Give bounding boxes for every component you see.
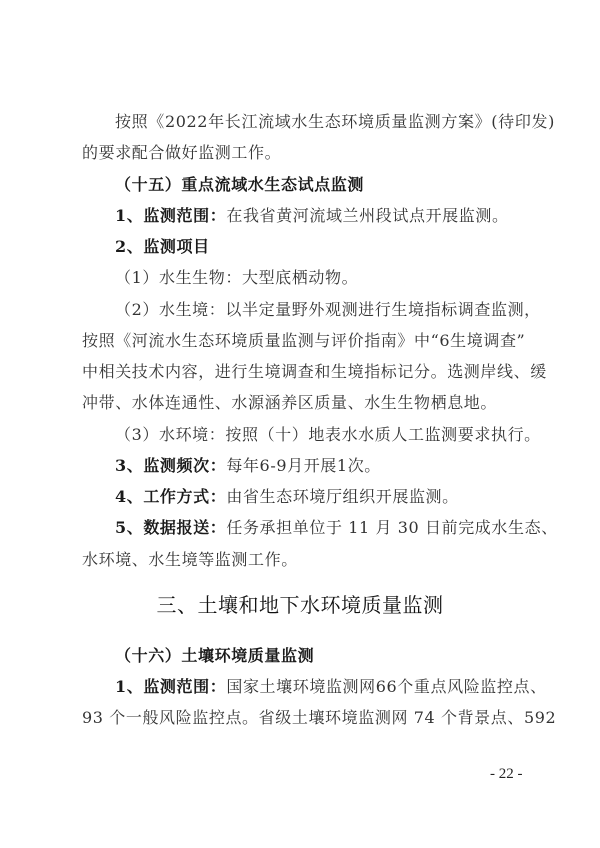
item-label: 4、工作方式： xyxy=(115,487,226,506)
item-text: 每年6-9月开展1次。 xyxy=(226,456,381,475)
item-label: 1、监测范围： xyxy=(115,206,226,225)
list-item-frequency: 3、监测频次：每年6-9月开展1次。 xyxy=(115,451,555,481)
list-item-reporting: 5、数据报送：任务承担单位于 11 月 30 日前完成水生态、 xyxy=(115,513,555,543)
sub-item-1: （1）水生生物：大型底栖动物。 xyxy=(115,263,555,293)
sub-item-2-cont: 冲带、水体连通性、水源涵养区质量、水生生物栖息地。 xyxy=(82,388,522,418)
section-title-16: （十六）土壤环境质量监测 xyxy=(115,641,555,671)
section-title-15: （十五）重点流域水生态试点监测 xyxy=(115,170,555,200)
page-number: - 22 - xyxy=(490,766,523,783)
list-item-scope: 1、监测范围：在我省黄河流域兰州段试点开展监测。 xyxy=(115,201,555,231)
item-label: 5、数据报送： xyxy=(115,518,226,537)
list-item-soil-scope-cont: 93 个一般风险监控点。省级土壤环境监测网 74 个背景点、592 xyxy=(82,703,522,733)
list-item-soil-scope: 1、监测范围：国家土壤环境监测网66个重点风险监控点、 xyxy=(115,672,555,702)
list-item-reporting-cont: 水环境、水生境等监测工作。 xyxy=(82,545,522,575)
paragraph-line: 的要求配合做好监测工作。 xyxy=(82,138,522,168)
chapter-heading: 三、土壤和地下水环境质量监测 xyxy=(0,590,600,620)
item-text: 国家土壤环境监测网66个重点风险监控点、 xyxy=(226,677,546,696)
item-text: 由省生态环境厅组织开展监测。 xyxy=(226,487,458,506)
list-item-method: 4、工作方式：由省生态环境厅组织开展监测。 xyxy=(115,482,555,512)
paragraph-line: 按照《2022年长江流域水生态环境质量监测方案》(待印发) xyxy=(115,107,555,137)
item-label: 1、监测范围： xyxy=(115,677,226,696)
sub-item-2: （2）水生境：以半定量野外观测进行生境指标调查监测， xyxy=(115,295,522,325)
sub-item-2-cont: 中相关技术内容，进行生境调查和生境指标记分。选测岸线、缓 xyxy=(82,357,522,387)
document-page: 按照《2022年长江流域水生态环境质量监测方案》(待印发) 的要求配合做好监测工… xyxy=(0,0,600,848)
sub-item-2-cont: 按照《河流水生态环境质量监测与评价指南》中“6生境调查” xyxy=(82,326,522,356)
item-label: 3、监测频次： xyxy=(115,456,226,475)
item-text: 任务承担单位于 11 月 30 日前完成水生态、 xyxy=(226,518,557,537)
sub-item-3: （3）水环境：按照（十）地表水水质人工监测要求执行。 xyxy=(115,420,555,450)
item-text: 在我省黄河流域兰州段试点开展监测。 xyxy=(226,206,508,225)
list-item-items: 2、监测项目 xyxy=(115,232,555,262)
